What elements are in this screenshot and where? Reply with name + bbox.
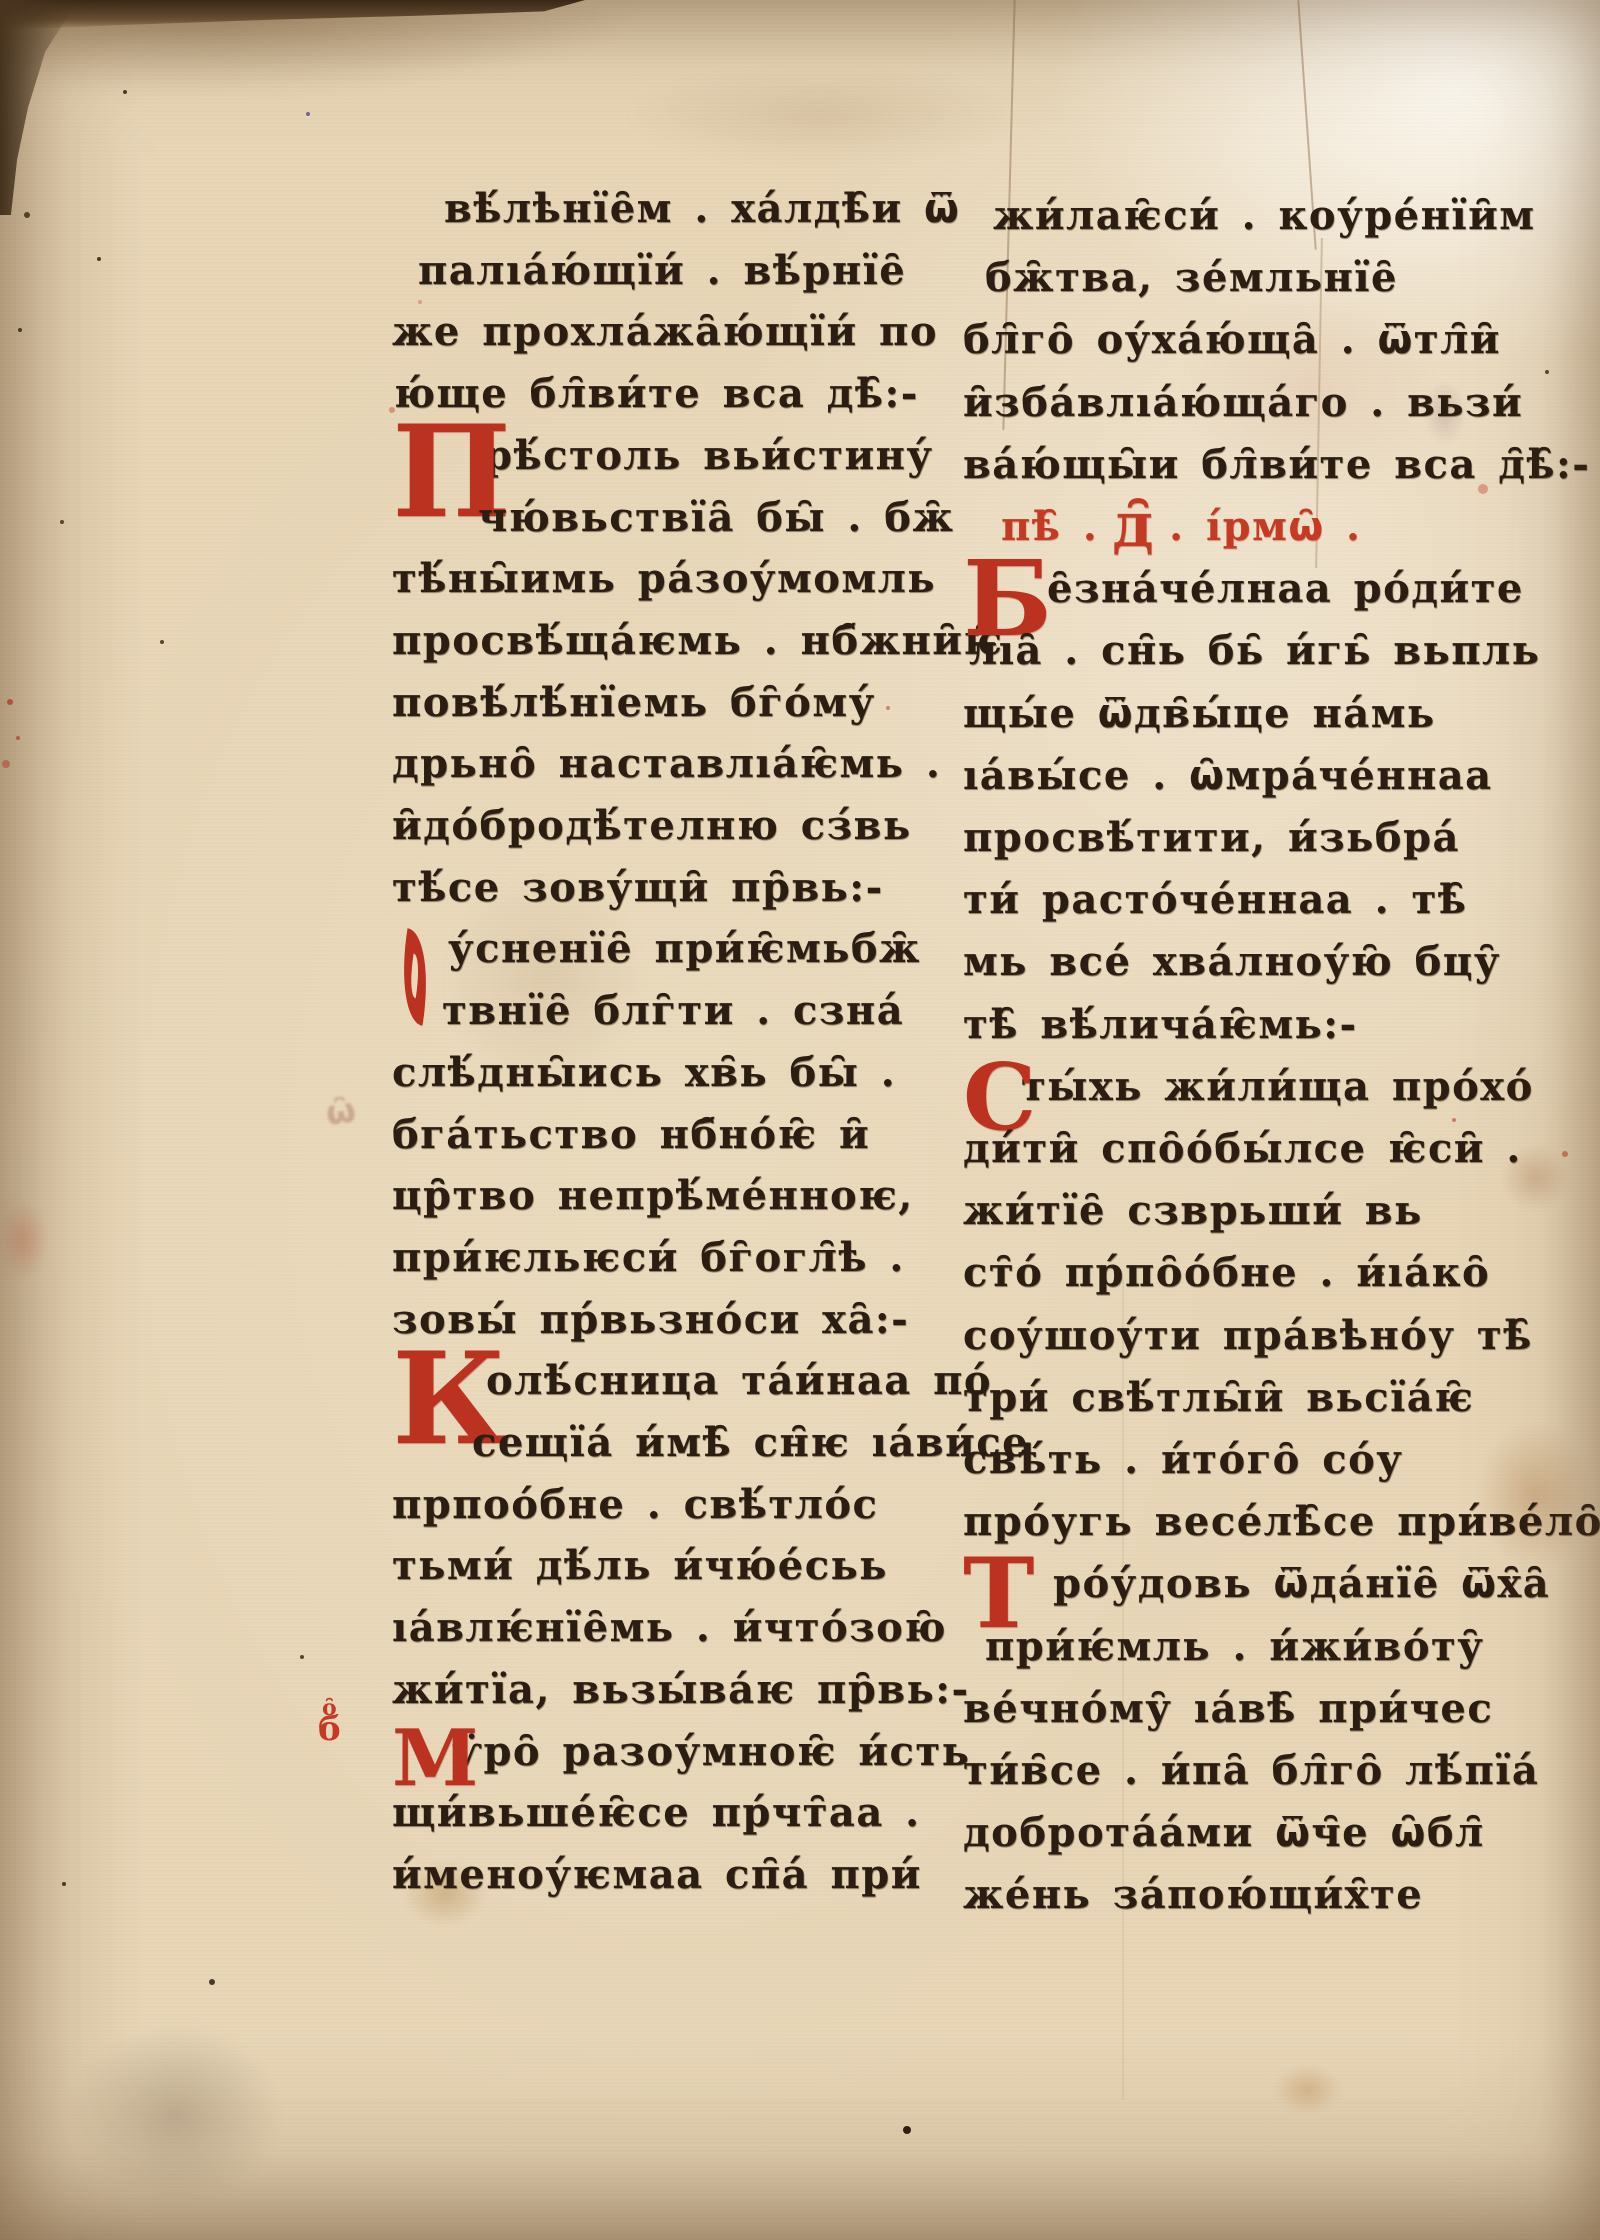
line-text: у́сненїе̑ при́ѥ̑мьбж̑ bbox=[448, 925, 921, 972]
text-line: при́ѥ́мль . и́жи́во́ту̑ bbox=[963, 1628, 1484, 1666]
text-line: про́угь весе́лѣ̑се при́ве́ло̑ѥ:- bbox=[963, 1503, 1600, 1541]
text-line: ди́ти̑ спо̑о́бы́лсе ѥ̑си̑ . bbox=[963, 1130, 1522, 1168]
line-text: мь все́ хва́лноу́ю̑ бцу̑ bbox=[963, 938, 1501, 985]
text-line: тьми́ дѣ́ль и́чю́е́сьь bbox=[392, 1547, 888, 1585]
line-text: прпоо́бне . свѣ́тло́с bbox=[392, 1481, 878, 1528]
text-line: мь все́ хва́лноу́ю̑ бцу̑ bbox=[963, 943, 1501, 981]
text-line: вѣ́лѣнїе̑м . ха́лдѣ̑и ѿ bbox=[392, 190, 960, 228]
text-line: ıа́влѥ́нїе̑мь . и́что́зою̑ bbox=[392, 1609, 947, 1647]
line-text: ıа́вы́се . ѡ̑мра́че́ннаа bbox=[963, 752, 1493, 799]
line-text: е̑зна́че́лнаа ро́ди́те bbox=[1047, 565, 1524, 612]
line-text: лıа̑ . сн̑ь бь̑ и́гь̑ вьпль bbox=[969, 627, 1540, 674]
line-text: при́ѥльѥси́ бг̑огл̑ѣ . bbox=[392, 1234, 905, 1281]
line-text: же прохла́жа̑ю́щїи́ по bbox=[392, 308, 938, 355]
line-text: олѣ́сница та́и́наа по́ bbox=[486, 1357, 992, 1404]
text-line: тѣ́се зову́щи̑ пр̑вь:- bbox=[392, 869, 884, 907]
line-text: просвѣ́ща́ѥмь . нб̑жни̑ѥ̑ bbox=[392, 617, 1003, 664]
line-text: тѣ́ны̑имь ра́зоу́момль bbox=[392, 555, 936, 602]
line-text: тьми́ дѣ́ль и́чю́е́сьь bbox=[392, 1542, 888, 1589]
line-text: бж̑тва, зе́мльнїе̑ bbox=[985, 254, 1398, 301]
line-text: ст̑о́ пр́по̑о́бне . и́ıа́ко̑ bbox=[963, 1249, 1490, 1296]
line-text: дрьно̑ наставлıа́ѥ̑мь . bbox=[392, 740, 941, 787]
stain bbox=[30, 1990, 320, 2240]
line-text: три́ свѣ́тлы̑и̑ вьсїа́ѥ̑ bbox=[963, 1374, 1474, 1421]
line-text: при́ѥ́мль . и́жи́во́ту̑ bbox=[985, 1623, 1484, 1670]
text-line: ва́ю́щы̑и бл̑ви́те вса д̑ѣ̑:- bbox=[963, 446, 1590, 484]
text-line: же́нь за́пою́щи́х̑те bbox=[963, 1876, 1423, 1914]
text-line: палıа́ю́щїи́ . вѣ́рнїе̑ bbox=[392, 252, 906, 290]
line-text: соу́шоу́ти пра́вѣно́у тѣ̑ bbox=[963, 1312, 1533, 1359]
text-line: слѣ́дны̑ись хв̑ь бы̑ . bbox=[392, 1054, 896, 1092]
text-line: цр̑тво непрѣ́ме́нноѥ, bbox=[392, 1177, 914, 1215]
rubric-text: . і́рмѡ̑ . bbox=[1169, 503, 1361, 550]
line-text: цр̑тво непрѣ́ме́нноѥ, bbox=[392, 1172, 914, 1219]
line-text: и̑до́бродѣ́телню сз́вь bbox=[392, 802, 912, 849]
line-text: жи́лаѥ̑си́ . коу́ре́нїи̑м bbox=[993, 192, 1536, 239]
line-text: бл̑го̑ оу́ха́ю́ща̑ . ѿтл̑и̑ bbox=[963, 316, 1501, 363]
line-text: ıа́влѥ́нїе̑мь . и́что́зою̑ bbox=[392, 1604, 947, 1651]
line-text: ве́чно́му̑ ıа́вѣ̑ при́чес bbox=[963, 1685, 1493, 1732]
drop-cap: Т bbox=[963, 1557, 1036, 1632]
margin-note-bo: о̑ б bbox=[318, 1700, 341, 1742]
text-line: щы́е ѿдв̑ы́це на́мь bbox=[963, 695, 1436, 733]
line-text: жи́тїе̑ сзврьши́ вь bbox=[963, 1187, 1423, 1234]
text-line: три́ свѣ́тлы̑и̑ вьсїа́ѥ̑ bbox=[963, 1379, 1474, 1417]
line-text: просвѣ́тити, и́зьбра́ bbox=[963, 814, 1460, 861]
margin-ghost-mark: ѡ̑ bbox=[323, 1090, 358, 1134]
text-line: прпоо́бне . свѣ́тло́с bbox=[392, 1486, 878, 1524]
line-text: слѣ́дны̑ись хв̑ь бы̑ . bbox=[392, 1049, 896, 1096]
line-text: доброта́а́ми ѿч̑е ѡ̑бл̑ bbox=[963, 1809, 1485, 1856]
line-text: тѣ̑ вѣ́лича́ѥ̑мь:- bbox=[963, 1001, 1358, 1048]
text-line: просвѣ́ща́ѥмь . нб̑жни̑ѥ̑ bbox=[392, 622, 1003, 660]
text-line: лıа̑ . сн̑ь бь̑ и́гь̑ вьпль bbox=[963, 632, 1540, 670]
text-line: ст̑о́ пр́по̑о́бне . и́ıа́ко̑ bbox=[963, 1254, 1490, 1292]
text-line: у́сненїе̑ при́ѥ̑мьбж̑ bbox=[392, 930, 921, 968]
text-line: Тро́у́довь ѿда́нїе̑ ѿх̑а̑ bbox=[963, 1565, 1550, 1603]
text-line: и́меноу́ѥмаа сп̑а́ при́ bbox=[392, 1856, 922, 1894]
text-line: соу́шоу́ти пра́вѣно́у тѣ̑ bbox=[963, 1317, 1533, 1355]
text-line: тѣ́ны̑имь ра́зоу́момль bbox=[392, 560, 936, 598]
red-paint-specks bbox=[0, 0, 4, 4]
text-line: жи́тїе̑ сзврьши́ вь bbox=[963, 1192, 1423, 1230]
line-text: сещїа́ и́мѣ̑ сн̑ѥ ıа́ви́се bbox=[472, 1419, 1029, 1466]
text-line: дрьно̑ наставлıа́ѥ̑мь . bbox=[392, 745, 941, 783]
line-text: бга́тьство нб̑но́ѥ̑ и̑ bbox=[392, 1111, 870, 1158]
text-line: Прѣ́столь вьи́стину́ bbox=[392, 437, 934, 475]
text-line: повѣ́лѣ́нїемь бг̑о́му́ bbox=[392, 684, 876, 722]
text-line: ве́чно́му̑ ıа́вѣ̑ при́чес bbox=[963, 1690, 1493, 1728]
text-line: щи́вьше́ѥ̑се пр́чт̑аа . bbox=[392, 1794, 921, 1832]
text-line: твнїе̑ блг̑ти . сзна́ bbox=[392, 992, 904, 1030]
text-line: жи́тїа, вьзы́ва́ѥ пр̑вь:- bbox=[392, 1671, 970, 1709]
line-text: палıа́ю́щїи́ . вѣ́рнїе̑ bbox=[418, 247, 906, 294]
line-text: свѣ́ть . и́то́го̑ со́у bbox=[963, 1436, 1403, 1483]
line-text: твнїе̑ блг̑ти . сзна́ bbox=[442, 987, 904, 1034]
text-line: доброта́а́ми ѿч̑е ѡ̑бл̑ bbox=[963, 1814, 1485, 1852]
text-line: и̑зба́влıа́ю́ща́го . вьзи́ bbox=[963, 384, 1523, 422]
text-line: сещїа́ и́мѣ̑ сн̑ѥ ıа́ви́се bbox=[392, 1424, 1029, 1462]
line-text: про́угь весе́лѣ̑се при́ве́ло̑ѥ:- bbox=[963, 1498, 1600, 1545]
stain bbox=[1260, 2055, 1355, 2125]
line-text: чю́вьствїа̑ бы̑ . бж̑ bbox=[478, 494, 954, 541]
text-line: просвѣ́тити, и́зьбра́ bbox=[963, 819, 1460, 857]
text-line: бл̑го̑ оу́ха́ю́ща̑ . ѿтл̑и̑ bbox=[963, 321, 1501, 359]
line-text: повѣ́лѣ́нїемь бг̑о́му́ bbox=[392, 679, 876, 726]
line-text: ди́ти̑ спо̑о́бы́лсе ѥ̑си̑ . bbox=[963, 1125, 1522, 1172]
text-line: тѣ̑ вѣ́лича́ѥ̑мь:- bbox=[963, 1006, 1358, 1044]
text-line: чю́вьствїа̑ бы̑ . бж̑ bbox=[392, 499, 954, 537]
line-text: и̑зба́влıа́ю́ща́го . вьзи́ bbox=[963, 379, 1523, 426]
line-text: щи́вьше́ѥ̑се пр́чт̑аа . bbox=[392, 1789, 921, 1836]
line-text: щы́е ѿдв̑ы́це на́мь bbox=[963, 690, 1436, 737]
line-text: ты́хь жи́ли́ща про́хо́ bbox=[1021, 1063, 1534, 1110]
margin-note-letter: б bbox=[318, 1717, 341, 1743]
text-line: ıа́вы́се . ѡ̑мра́че́ннаа bbox=[963, 757, 1493, 795]
text-line: же прохла́жа̑ю́щїи́ по bbox=[392, 313, 938, 351]
line-text: вѣ́лѣнїе̑м . ха́лдѣ̑и ѿ bbox=[444, 185, 960, 232]
rubric-ode-numeral: д̑ bbox=[1112, 488, 1155, 561]
line-text: ва́ю́щы̑и бл̑ви́те вса д̑ѣ̑:- bbox=[963, 441, 1590, 488]
text-line: бга́тьство нб̑но́ѥ̑ и̑ bbox=[392, 1116, 870, 1154]
text-line: при́ѥльѥси́ бг̑огл̑ѣ . bbox=[392, 1239, 905, 1277]
text-line: ти́ расто́че́ннаа . тѣ̑ bbox=[963, 881, 1467, 919]
text-line: Сты́хь жи́ли́ща про́хо́ bbox=[963, 1068, 1534, 1106]
line-text: и́меноу́ѥмаа сп̑а́ при́ bbox=[392, 1851, 922, 1898]
line-text: ти́ расто́че́ннаа . тѣ̑ bbox=[963, 876, 1467, 923]
text-line: и̑до́бродѣ́телню сз́вь bbox=[392, 807, 912, 845]
line-text: жи́тїа, вьзы́ва́ѥ пр̑вь:- bbox=[392, 1666, 970, 1713]
text-line: ти́в̑се . и́па̑ бл̑го̑ лѣ́пїа́ bbox=[963, 1752, 1539, 1790]
drop-cap: М bbox=[392, 1729, 480, 1790]
text-line: Мѵ̈ро̑ разоу́мноѥ̑ и́сть bbox=[392, 1733, 970, 1771]
text-line: бж̑тва, зе́мльнїе̑ bbox=[963, 259, 1398, 297]
text-line: Бе̑зна́че́лнаа ро́ди́те bbox=[963, 570, 1524, 608]
line-text: же́нь за́пою́щи́х̑те bbox=[963, 1871, 1423, 1918]
line-text: тѣ́се зову́щи̑ пр̑вь:- bbox=[392, 864, 884, 911]
line-text: ро́у́довь ѿда́нїе̑ ѿх̑а̑ bbox=[1053, 1560, 1550, 1607]
text-line: жи́лаѥ̑си́ . коу́ре́нїи̑м bbox=[963, 197, 1536, 235]
line-text: ти́в̑се . и́па̑ бл̑го̑ лѣ́пїа́ bbox=[963, 1747, 1539, 1794]
manuscript-page: вѣ́лѣнїе̑м . ха́лдѣ̑и ѿпалıа́ю́щїи́ . вѣ… bbox=[0, 0, 1600, 2240]
text-line: Колѣ́сница та́и́наа по́ bbox=[392, 1362, 992, 1400]
line-text: ѵ̈ро̑ разоу́мноѥ̑ и́сть bbox=[452, 1728, 970, 1775]
text-line: свѣ́ть . и́то́го̑ со́у bbox=[963, 1441, 1403, 1479]
line-text: рѣ́столь вьи́стину́ bbox=[484, 432, 934, 479]
drop-cap: С bbox=[963, 1062, 1038, 1134]
